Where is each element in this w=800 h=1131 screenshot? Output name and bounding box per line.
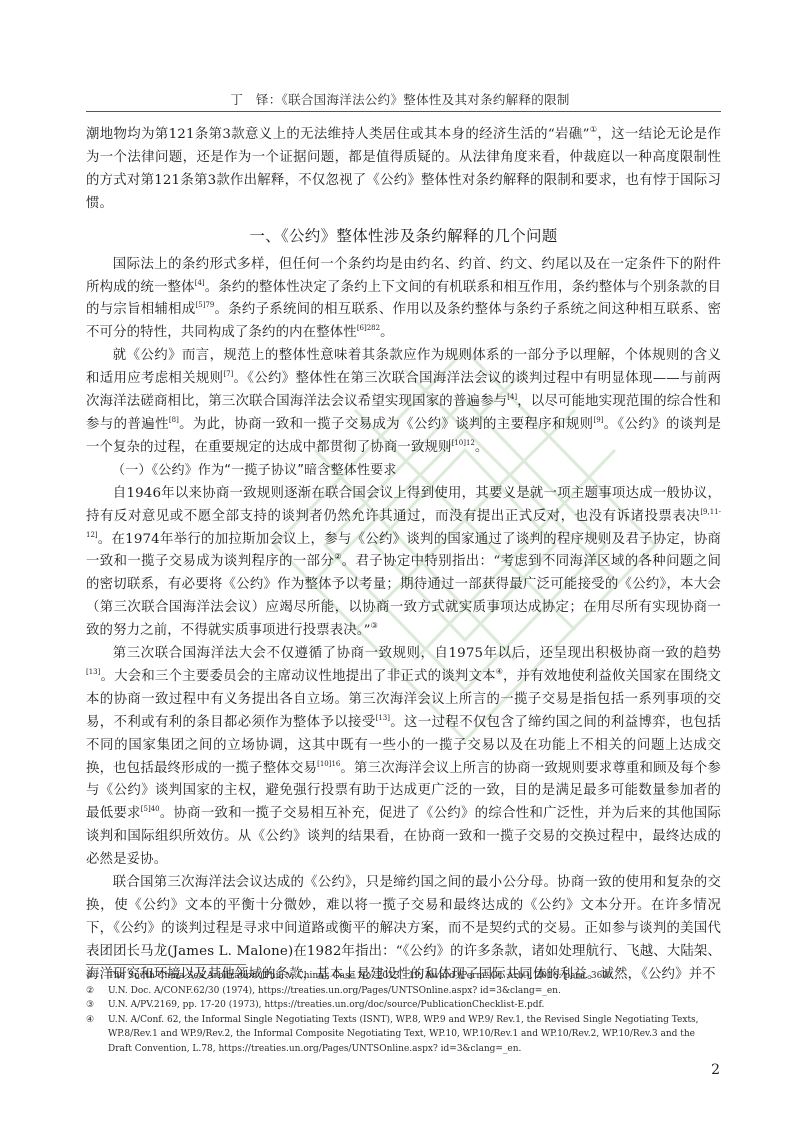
footnotes: ① The South China Sea Arbitration (Phil.… bbox=[86, 969, 721, 1057]
running-header: 丁 铎：《联合国海洋法公约》整体性及其对条约解释的限制 bbox=[0, 90, 800, 108]
article-body: 潮地物均为第121条第3款意义上的无法维持人类居住或其本身的经济生活的“岩礁”①… bbox=[86, 124, 721, 987]
section-title: 一、《公约》整体性涉及条约解释的几个问题 bbox=[86, 224, 721, 248]
text: 。大会和三个主要委员会的主席动议性地提出了非正式的谈判文本 bbox=[100, 669, 495, 684]
citation-ref[interactable]: [5]40 bbox=[141, 805, 160, 813]
footnote-text[interactable]: U.N. A/PV.2169, pp. 17-20 (1973), https:… bbox=[108, 998, 721, 1013]
footnote-marker: ③ bbox=[86, 998, 108, 1013]
subsection-title: （一）《公约》作为“一揽子协议”暗含整体性要求 bbox=[86, 460, 721, 483]
footnote-marker: ④ bbox=[86, 1013, 108, 1057]
citation-ref[interactable]: [10]16 bbox=[317, 760, 340, 768]
text: 。协商一致和一揽子交易相互补充，促进了《公约》的综合性和广泛性，并为后来的其他国… bbox=[86, 806, 721, 867]
paragraph: 国际法上的条约形式多样，但任何一个条约均是由约名、约首、约文、约尾以及在一定条件… bbox=[86, 254, 721, 346]
paragraph: 第三次联合国海洋法大会不仅遵循了协商一致规则，自1975年以后，还呈现出积极协商… bbox=[86, 643, 721, 872]
citation-ref[interactable]: [7] bbox=[223, 370, 233, 378]
citation-ref[interactable]: [6]282 bbox=[357, 324, 380, 332]
paragraph-continued: 潮地物均为第121条第3款意义上的无法维持人类居住或其本身的经济生活的“岩礁”①… bbox=[86, 124, 721, 216]
text: 。 bbox=[380, 325, 394, 340]
text: 潮地物均为第121条第3款意义上的无法维持人类居住或其本身的经济生活的“岩礁” bbox=[86, 127, 590, 142]
citation-ref[interactable]: [4] bbox=[507, 393, 517, 401]
citation-ref[interactable]: [4] bbox=[195, 279, 205, 287]
citation-ref[interactable]: [5]79 bbox=[196, 301, 215, 309]
citation-ref[interactable]: [13] bbox=[376, 714, 390, 722]
footnote-text: The South China Sea Arbitration (Phil. v… bbox=[108, 969, 721, 984]
citation-ref[interactable]: [8] bbox=[169, 416, 179, 424]
footnote-ref[interactable]: ② bbox=[334, 552, 341, 561]
citation-ref[interactable]: [13] bbox=[86, 668, 100, 676]
footnote-ref[interactable]: ③ bbox=[371, 621, 378, 630]
footnote-ref[interactable]: ④ bbox=[496, 667, 503, 676]
footnote-item: ③ U.N. A/PV.2169, pp. 17-20 (1973), http… bbox=[86, 998, 721, 1013]
citation-ref[interactable]: [10]12 bbox=[452, 439, 475, 447]
paragraph: 就《公约》而言，规范上的整体性意味着其条款应作为规则体系的一部分予以理解，个体规… bbox=[86, 345, 721, 460]
footnote-text[interactable]: U.N. Doc. A/CONF.62/30 (1974), https://t… bbox=[108, 984, 721, 999]
footnote-item: ④ U.N. A/Conf. 62, the Informal Single N… bbox=[86, 1013, 721, 1057]
footnote-marker: ① bbox=[86, 969, 108, 984]
page-number: 2 bbox=[711, 1062, 720, 1078]
header-divider bbox=[86, 111, 721, 112]
footnote-item: ② U.N. Doc. A/CONF.62/30 (1974), https:/… bbox=[86, 984, 721, 999]
text: 。 bbox=[475, 440, 489, 455]
footnote-item: ① The South China Sea Arbitration (Phil.… bbox=[86, 969, 721, 984]
citation-ref[interactable]: [9] bbox=[593, 416, 603, 424]
text: 自1946年以来协商一致规则逐渐在联合国会议上得到使用，其要义是就一项主题事项达… bbox=[86, 486, 721, 524]
text: 第三次联合国海洋法大会不仅遵循了协商一致规则，自1975年以后，还呈现出积极协商… bbox=[113, 646, 721, 661]
paragraph: 自1946年以来协商一致规则逐渐在联合国会议上得到使用，其要义是就一项主题事项达… bbox=[86, 483, 721, 643]
text: 。为此，协商一致和一揽子交易成为《公约》谈判的主要程序和规则 bbox=[179, 417, 594, 432]
footnote-text[interactable]: U.N. A/Conf. 62, the Informal Single Neg… bbox=[108, 1013, 721, 1057]
footnote-marker: ② bbox=[86, 984, 108, 999]
footnote-divider bbox=[86, 964, 246, 965]
